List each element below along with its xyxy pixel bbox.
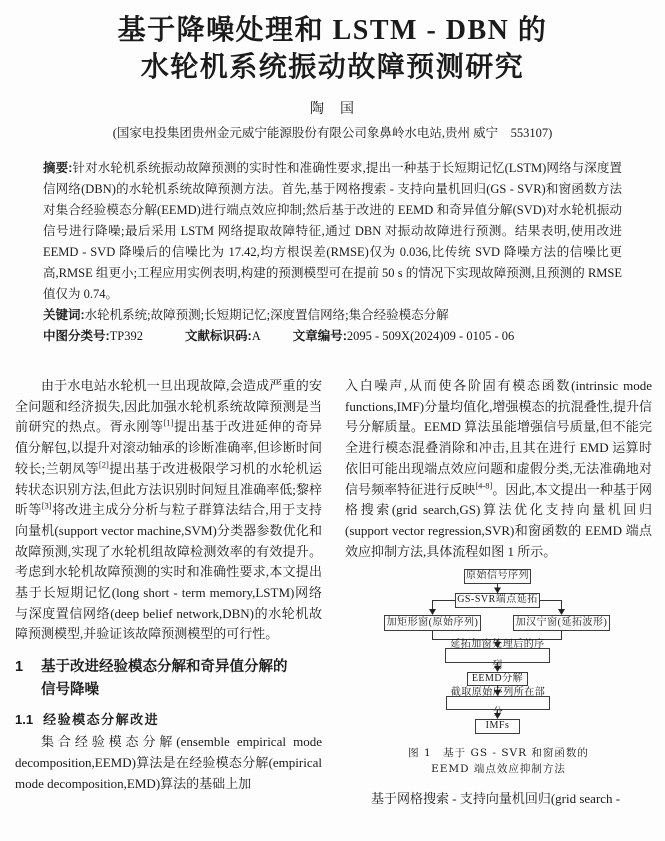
- citation-ref-4-8: [4-8]: [475, 480, 492, 490]
- flowchart-node-windowed-sequence: 延拓加窗处理后的序列: [445, 648, 550, 663]
- section-1-heading-line1: 1基于改进经验模态分解和奇异值分解的: [15, 656, 322, 679]
- author-affiliation: (国家电投集团贵州金元威宁能源股份有限公司象鼻岭水电站,贵州 威宁 553107…: [0, 123, 665, 141]
- flowchart-node-original-signal: 原始信号序列: [464, 569, 531, 584]
- clc-value: TP392: [110, 329, 143, 343]
- intro-seg4: 将改进主成分分析与粒子群算法结合,用于支持向量机(support vector …: [15, 502, 322, 641]
- article-id-value: 2095 - 509X(2024)09 - 0105 - 06: [347, 329, 514, 343]
- clc-label: 中图分类号:: [43, 329, 110, 343]
- section-1-number: 1: [15, 656, 41, 679]
- article-id-label: 文章编号:: [293, 329, 347, 343]
- intro-paragraph: 由于水电站水轮机一旦出现故障,会造成严重的安全问题和经济损失,因此加强水轮机系统…: [15, 376, 322, 645]
- citation-ref-2: [2]: [99, 459, 109, 469]
- author-name: 陶 国: [0, 98, 665, 118]
- figure-1-caption: 图 1 基于 GS - SVR 和窗函数的 EEMD 端点效应抑制方法: [345, 745, 652, 777]
- paper-title-line2: 水轮机系统振动故障预测研究: [0, 49, 665, 86]
- keywords-text: 水轮机系统;故障预测;长短期记忆;深度置信网络;集合经验模态分解: [85, 308, 449, 322]
- paper-title-line1: 基于降噪处理和 LSTM - DBN 的: [0, 12, 665, 49]
- cont-seg1: 入白噪声,从而使各阶固有模态函数(intrinsic mode function…: [345, 378, 652, 497]
- flowchart-node-hanning-window: 加汉宁窗(延拓波形): [513, 615, 610, 631]
- doc-code-label: 文献标识码:: [185, 329, 252, 343]
- abstract-block: 摘要:针对水轮机系统振动故障预测的实时性和准确性要求,提出一种基于长短期记忆(L…: [43, 158, 622, 347]
- paper-page: 基于降噪处理和 LSTM - DBN 的 水轮机系统振动故障预测研究 陶 国 (…: [0, 0, 665, 841]
- section-1-1-title: 经验模态分解改进: [43, 713, 159, 728]
- right-column: 入白噪声,从而使各阶固有模态函数(intrinsic mode function…: [345, 376, 652, 810]
- flowchart-node-rect-window: 加矩形窗(原始序列): [384, 615, 481, 631]
- paper-title: 基于降噪处理和 LSTM - DBN 的 水轮机系统振动故障预测研究: [0, 0, 665, 86]
- doc-code-group: 文献标识码:A: [185, 329, 261, 343]
- citation-ref-3: [3]: [42, 501, 52, 511]
- section-1-1-heading: 1.1经验模态分解改进: [15, 710, 322, 730]
- abstract-paragraph: 摘要:针对水轮机系统振动故障预测的实时性和准确性要求,提出一种基于长短期记忆(L…: [43, 158, 622, 305]
- section-1-heading: 1基于改进经验模态分解和奇异值分解的 信号降噪: [15, 656, 322, 702]
- flowchart-node-gs-svr-extension: GS-SVR端点延拓: [455, 593, 540, 608]
- section-1-title-b: 信号降噪: [15, 679, 322, 702]
- abstract-label: 摘要:: [43, 161, 72, 175]
- figure-1-caption-line1: 图 1 基于 GS - SVR 和窗函数的: [345, 745, 652, 761]
- figure-1-flowchart: 原始信号序列 GS-SVR端点延拓 加矩形窗(原始序列) 加汉宁窗(延拓波形) …: [345, 568, 652, 738]
- keywords-line: 关键词:水轮机系统;故障预测;长短期记忆;深度置信网络;集合经验模态分解: [43, 305, 622, 326]
- abstract-text: 针对水轮机系统振动故障预测的实时性和准确性要求,提出一种基于长短期记忆(LSTM…: [43, 161, 622, 301]
- keywords-label: 关键词:: [43, 308, 85, 322]
- meta-line: 中图分类号:TP392文献标识码:A文章编号:2095 - 509X(2024)…: [43, 326, 622, 347]
- body-columns: 由于水电站水轮机一旦出现故障,会造成严重的安全问题和经济损失,因此加强水轮机系统…: [15, 376, 652, 810]
- section-1-1-number: 1.1: [15, 712, 33, 727]
- article-id-group: 文章编号:2095 - 509X(2024)09 - 0105 - 06: [293, 329, 515, 343]
- continuation-paragraph: 入白噪声,从而使各阶固有模态函数(intrinsic mode function…: [345, 376, 652, 562]
- flowchart-node-truncate-original: 截取原始序列所在部分: [446, 696, 550, 710]
- figure-1-caption-line2: EEMD 端点效应抑制方法: [345, 761, 652, 777]
- flowchart-node-imfs: IMFs: [475, 719, 520, 734]
- section-1-title-a: 基于改进经验模态分解和奇异值分解的: [41, 659, 288, 675]
- grid-search-paragraph: 基于网格搜索 - 支持向量机回归(grid search -: [345, 789, 652, 810]
- clc-group: 中图分类号:TP392: [43, 329, 143, 343]
- doc-code-value: A: [252, 329, 261, 343]
- left-column: 由于水电站水轮机一旦出现故障,会造成严重的安全问题和经济损失,因此加强水轮机系统…: [15, 376, 322, 810]
- citation-ref-1: [1]: [164, 418, 174, 428]
- eemd-paragraph: 集合经验模态分解(ensemble empirical mode decompo…: [15, 732, 322, 794]
